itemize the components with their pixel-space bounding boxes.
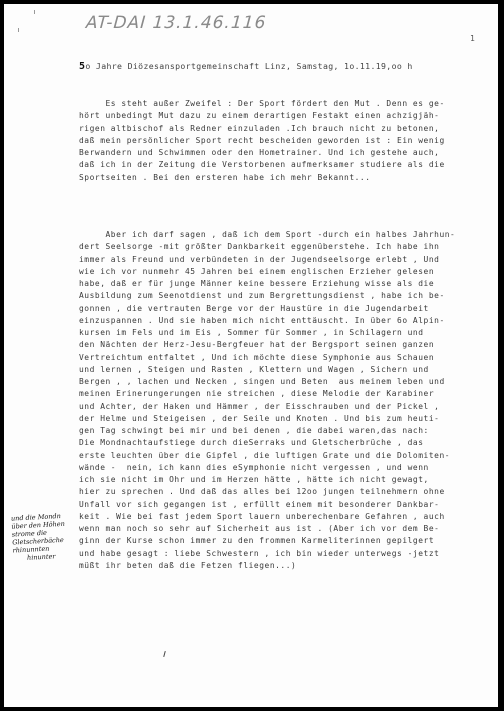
text-line: Die Mondnachtaufstiege durch dieSerraks …: [79, 437, 455, 449]
archive-reference-stamp: AT-DAI 13.1.46.116: [85, 13, 267, 33]
text-line: Aber ich darf sagen , daß ich dem Sport …: [79, 229, 455, 241]
text-line: ginn der Kurse schon immer zu den fromme…: [79, 535, 455, 547]
text-line: und lernen , Steigen und Rasten , Klette…: [79, 364, 455, 376]
text-line: gen Tag schwingt bei mir und bei denen ,…: [79, 425, 455, 437]
paragraph-1: Es steht außer Zweifel : Der Sport förde…: [79, 98, 445, 184]
text-line: kursen im Fels und im Eis , Sommer für S…: [79, 327, 455, 339]
text-line: Unfall vor sich gegangen ist , erfüllt e…: [79, 499, 455, 511]
text-line: der Helme und Steigeisen , der Seile und…: [79, 413, 455, 425]
text-line: ich sie nicht im Ohr und im Herzen hätte…: [79, 474, 455, 486]
text-line: dert Seelsorge -mit größter Dankbarkeit …: [79, 241, 455, 253]
text-line: wände - nein, ich kann dies eSymphonie n…: [79, 462, 455, 474]
text-line: daß ich in der Zeitung die Verstorbenen …: [79, 159, 445, 171]
text-line: habe, daß er für junge Männer keine bess…: [79, 278, 455, 290]
scan-mark: [18, 28, 19, 32]
handwritten-margin-note: und die Mondn über den Höhen strome die …: [11, 511, 73, 562]
handwritten-comma-mark: [163, 651, 166, 657]
document-page: AT-DAI 13.1.46.116 1 5o Jahre Diözesansp…: [4, 4, 498, 707]
scan-mark: [34, 10, 35, 14]
text-line: gonnen , die vertrauten Berge vor der Ha…: [79, 303, 455, 315]
text-line: Vertreichtum entfaltet , Und ich möchte …: [79, 352, 455, 364]
text-line: wie ich vor nunmehr 45 Jahren bei einem …: [79, 266, 455, 278]
text-line: einzuspannen . Und sie haben mich nicht …: [79, 315, 455, 327]
text-line: den Nächten der Herz-Jesu-Bergfeuer hat …: [79, 339, 455, 351]
text-line: keit . Wie bei fast jedem Sport lauern u…: [79, 511, 455, 523]
title-text: o Jahre Diözesansportgemeinschaft Linz, …: [85, 61, 412, 71]
text-line: und habe gesagt : liebe Schwestern , ich…: [79, 548, 455, 560]
text-line: Sportseiten . Bei den ersteren habe ich …: [79, 172, 445, 184]
text-line: meinen Erinerungerungen nie streichen , …: [79, 388, 455, 400]
text-line: Bergen , , lachen und Necken , singen un…: [79, 376, 455, 388]
text-line: Es steht außer Zweifel : Der Sport förde…: [79, 98, 445, 110]
text-line: Berwandern und Schwimmen oder den Hometr…: [79, 147, 445, 159]
text-line: müßt ihr beten daß die Fetzen fliegen...…: [79, 560, 455, 572]
text-line: daß mein persönlicher Sport recht besche…: [79, 135, 445, 147]
text-line: wenn man noch so sehr auf Sicherheit aus…: [79, 523, 455, 535]
page-number: 1: [470, 34, 475, 43]
text-line: und Achter, der Haken und Hämmer , der E…: [79, 401, 455, 413]
text-line: erste leuchten über die Gipfel , die luf…: [79, 450, 455, 462]
text-line: hier zu sprechen . Und daß das alles bei…: [79, 486, 455, 498]
text-line: immer als Freund und verbündeten in der …: [79, 254, 455, 266]
text-line: rigen altbischof als Redner einzuladen .…: [79, 123, 445, 135]
text-line: Ausbildung zum Seenotdienst und zum Berg…: [79, 290, 455, 302]
paragraph-2: Aber ich darf sagen , daß ich dem Sport …: [79, 229, 455, 572]
text-line: hört unbedingt Mut dazu zu einem derarti…: [79, 110, 445, 122]
document-title: 5o Jahre Diözesansportgemeinschaft Linz,…: [79, 61, 413, 72]
